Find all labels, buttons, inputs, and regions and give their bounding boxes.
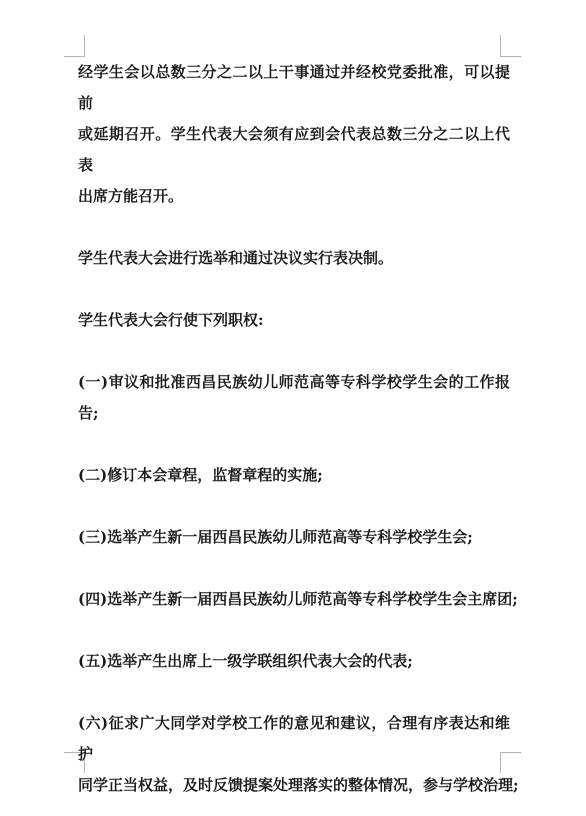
text-line: (六)征求广大同学对学校工作的意见和建议，合理有序表达和维护	[78, 708, 510, 770]
text-line: 经学生会以总数三分之二以上干事通过并经校党委批准，可以提前	[78, 57, 510, 119]
paragraph: (一)审议和批准西昌民族幼儿师范高等专科学校学生会的工作报告;	[78, 367, 510, 429]
crop-mark-top-left-icon	[64, 35, 85, 57]
text-line: (一)审议和批准西昌民族幼儿师范高等专科学校学生会的工作报	[78, 367, 510, 398]
text-line: (三)选举产生新一届西昌民族幼儿师范高等专科学校学生会;	[78, 522, 510, 553]
paragraph: (二)修订本会章程，监督章程的实施;	[78, 460, 510, 491]
crop-mark-top-right-icon	[500, 35, 521, 57]
paragraph: (五)选举产生出席上一级学联组织代表大会的代表;	[78, 646, 510, 677]
paragraph: 学生代表大会行使下列职权:	[78, 305, 510, 336]
document-page: 经学生会以总数三分之二以上干事通过并经校党委批准，可以提前或延期召开。学生代表大…	[0, 0, 586, 816]
text-line: 同学正当权益，及时反馈提案处理落实的整体情况，参与学校治理;	[78, 770, 510, 801]
paragraph: (六)征求广大同学对学校工作的意见和建议，合理有序表达和维护同学正当权益，及时反…	[78, 708, 510, 801]
paragraph: 经学生会以总数三分之二以上干事通过并经校党委批准，可以提前或延期召开。学生代表大…	[78, 57, 510, 212]
text-line: 告;	[78, 398, 510, 429]
paragraph: 学生代表大会进行选举和通过决议实行表决制。	[78, 243, 510, 274]
text-line: 学生代表大会进行选举和通过决议实行表决制。	[78, 243, 510, 274]
text-line: (四)选举产生新一届西昌民族幼儿师范高等专科学校学生会主席团;	[78, 584, 510, 615]
paragraph: (三)选举产生新一届西昌民族幼儿师范高等专科学校学生会;	[78, 522, 510, 553]
text-line: 学生代表大会行使下列职权:	[78, 305, 510, 336]
text-line: 或延期召开。学生代表大会须有应到会代表总数三分之二以上代表	[78, 119, 510, 181]
text-line: (二)修订本会章程，监督章程的实施;	[78, 460, 510, 491]
text-line: (五)选举产生出席上一级学联组织代表大会的代表;	[78, 646, 510, 677]
text-line: 出席方能召开。	[78, 181, 510, 212]
paragraph: (四)选举产生新一届西昌民族幼儿师范高等专科学校学生会主席团;	[78, 584, 510, 615]
document-body: 经学生会以总数三分之二以上干事通过并经校党委批准，可以提前或延期召开。学生代表大…	[78, 57, 510, 801]
